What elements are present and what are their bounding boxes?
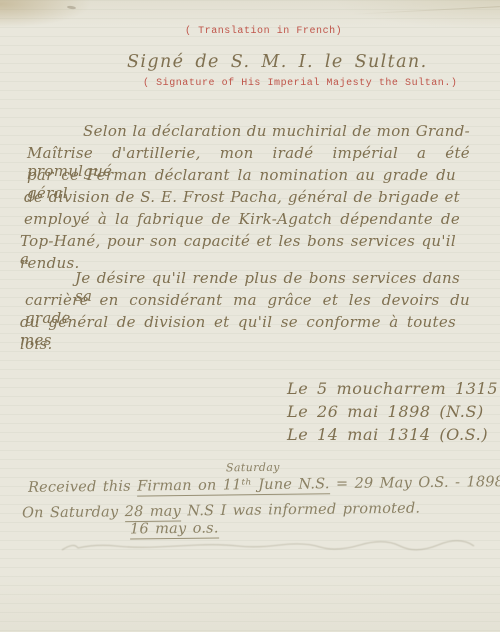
paper-crease [350,6,500,15]
paper-speck [67,5,76,9]
annotation-received-line: Received this Firman on 11ᵗʰ June N.S. =… [28,474,500,496]
paragraph-2-line: lois. [20,335,470,353]
annotation-informed-post: N.S I was informed promoted. [181,501,420,520]
translation-note: ( Translation in French) [185,26,342,37]
annotation-received-pre: Received this [28,479,137,496]
signature-caption: ( Signature of His Imperial Majesty the … [143,78,457,89]
ghost-showthrough-writing [58,540,478,556]
annotation-informed-pre: On Saturday [22,504,125,521]
annotation-received-post: = 29 May O.S. - 1898 [329,474,500,492]
annotation-informed-underlined: 28 may [125,503,182,522]
paragraph-1-line: Selon la déclaration du muchirial de mon… [27,122,470,140]
annotation-correction-line: 16 may o.s. [130,520,219,537]
date-block: Le 5 moucharrem 1315 Le 26 mai 1898 (N.S… [287,377,498,446]
annotation-correction-text: 16 may o.s. [130,520,219,539]
date-gregorian: Le 26 mai 1898 (N.S) [287,400,498,423]
date-hijri: Le 5 moucharrem 1315 [287,377,498,400]
paragraph-1-line: employé à la fabrique de Kirk-Agatch dép… [24,210,460,228]
document-scan: ( Translation in French) Signé de S. M. … [0,0,500,632]
annotation-informed-line: On Saturday 28 may N.S I was informed pr… [22,501,420,522]
signature-script: Signé de S. M. I. le Sultan. [127,52,428,72]
date-rumi: Le 14 mai 1314 (O.S.) [287,423,498,446]
annotation-received-underlined: Firman on 11ᵗʰ June N.S. [137,476,330,496]
paragraph-1-line: de division de S. E. Frost Pacha, généra… [24,188,460,206]
annotation-inserted-saturday: Saturday [226,461,280,475]
